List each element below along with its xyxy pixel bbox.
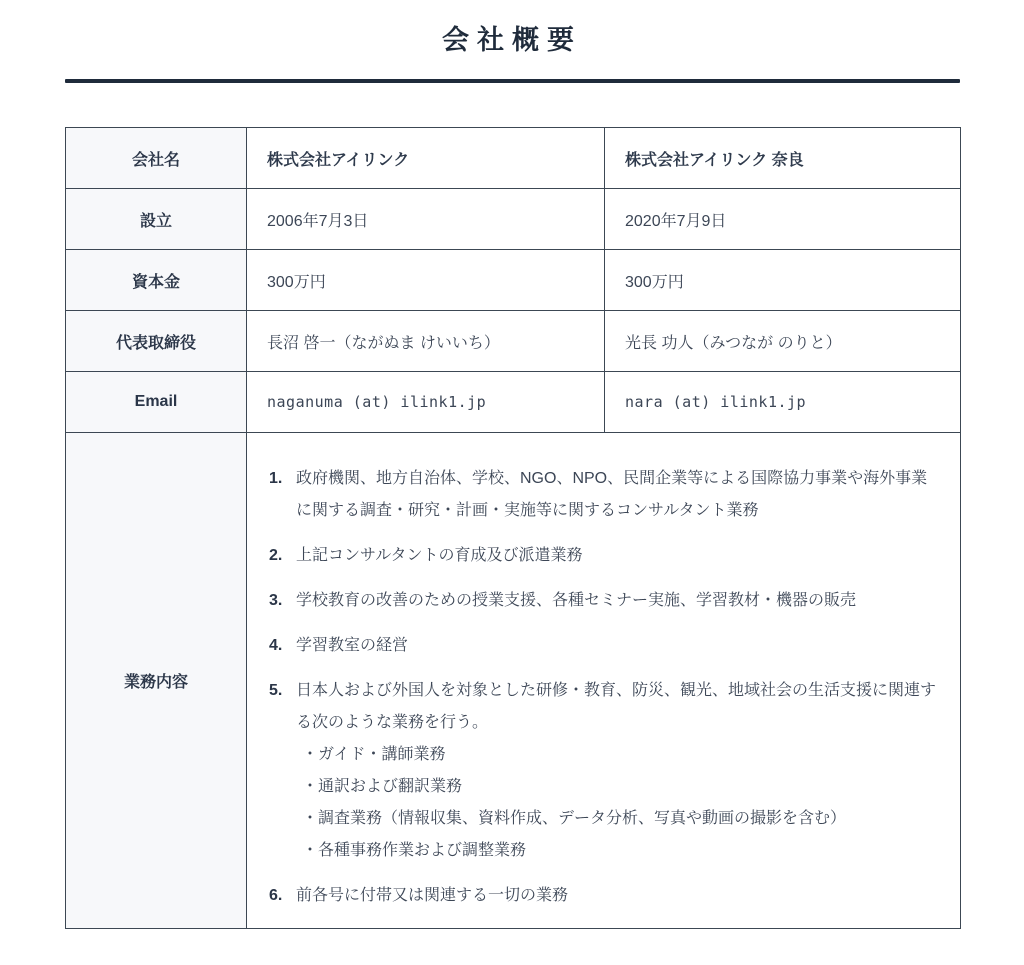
cell-company1-established: 2006年7月3日 <box>247 189 605 250</box>
list-item-number: 1. <box>269 463 296 495</box>
list-item: 2. 上記コンサルタントの育成及び派遣業務 <box>269 540 936 572</box>
list-item: 1. 政府機関、地方自治体、学校、NGO、NPO、民間企業等による国際協力事業や… <box>269 463 936 527</box>
list-item-text: 日本人および外国人を対象とした研修・教育、防災、観光、地域社会の生活支援に関連す… <box>296 675 936 867</box>
row-label: 会社名 <box>66 128 247 189</box>
list-item-text: 政府機関、地方自治体、学校、NGO、NPO、民間企業等による国際協力事業や海外事… <box>296 463 936 527</box>
list-item-number: 4. <box>269 630 296 662</box>
cell-company1-name: 株式会社アイリンク <box>247 128 605 189</box>
table-row-representative: 代表取締役 長沼 啓一（ながぬま けいいち） 光長 功人（みつなが のりと） <box>66 311 961 372</box>
company-overview-table: 会社名 株式会社アイリンク 株式会社アイリンク 奈良 設立 2006年7月3日 … <box>65 127 961 929</box>
row-label: 業務内容 <box>66 433 247 929</box>
list-item-number: 3. <box>269 585 296 617</box>
page: 会社概要 会社名 株式会社アイリンク 株式会社アイリンク 奈良 設立 2006年… <box>0 0 1024 965</box>
list-item-text: 前各号に付帯又は関連する一切の業務 <box>296 880 936 912</box>
title-divider <box>65 79 960 83</box>
list-item-text-main: 日本人および外国人を対象とした研修・教育、防災、観光、地域社会の生活支援に関連す… <box>296 675 936 739</box>
table-row-established: 設立 2006年7月3日 2020年7月9日 <box>66 189 961 250</box>
list-subitem: ・通訳および翻訳業務 <box>296 771 936 803</box>
list-item-text: 上記コンサルタントの育成及び派遣業務 <box>296 540 936 572</box>
cell-company1-email: naganuma (at) ilink1.jp <box>247 372 605 433</box>
cell-company2-established: 2020年7月9日 <box>605 189 961 250</box>
cell-company2-email: nara (at) ilink1.jp <box>605 372 961 433</box>
list-item: 6. 前各号に付帯又は関連する一切の業務 <box>269 880 936 912</box>
table-row-business: 業務内容 1. 政府機関、地方自治体、学校、NGO、NPO、民間企業等による国際… <box>66 433 961 929</box>
cell-company2-name: 株式会社アイリンク 奈良 <box>605 128 961 189</box>
list-item-text: 学校教育の改善のための授業支援、各種セミナー実施、学習教材・機器の販売 <box>296 585 936 617</box>
list-item: 3. 学校教育の改善のための授業支援、各種セミナー実施、学習教材・機器の販売 <box>269 585 936 617</box>
list-item-number: 5. <box>269 675 296 707</box>
page-title: 会社概要 <box>0 24 1024 56</box>
list-item: 4. 学習教室の経営 <box>269 630 936 662</box>
list-subitem: ・調査業務（情報収集、資料作成、データ分析、写真や動画の撮影を含む） <box>296 803 936 835</box>
list-subitem: ・ガイド・講師業務 <box>296 739 936 771</box>
row-label: 代表取締役 <box>66 311 247 372</box>
list-item-number: 2. <box>269 540 296 572</box>
row-label: 資本金 <box>66 250 247 311</box>
list-subitem: ・各種事務作業および調整業務 <box>296 835 936 867</box>
cell-company2-representative: 光長 功人（みつなが のりと） <box>605 311 961 372</box>
cell-company2-capital: 300万円 <box>605 250 961 311</box>
table-row-company-name: 会社名 株式会社アイリンク 株式会社アイリンク 奈良 <box>66 128 961 189</box>
row-label: Email <box>66 372 247 433</box>
table-row-email: Email naganuma (at) ilink1.jp nara (at) … <box>66 372 961 433</box>
list-item-text: 学習教室の経営 <box>296 630 936 662</box>
cell-company1-capital: 300万円 <box>247 250 605 311</box>
list-item-number: 6. <box>269 880 296 912</box>
table-row-capital: 資本金 300万円 300万円 <box>66 250 961 311</box>
cell-company1-representative: 長沼 啓一（ながぬま けいいち） <box>247 311 605 372</box>
cell-business-content: 1. 政府機関、地方自治体、学校、NGO、NPO、民間企業等による国際協力事業や… <box>247 433 961 929</box>
list-item: 5. 日本人および外国人を対象とした研修・教育、防災、観光、地域社会の生活支援に… <box>269 675 936 867</box>
row-label: 設立 <box>66 189 247 250</box>
